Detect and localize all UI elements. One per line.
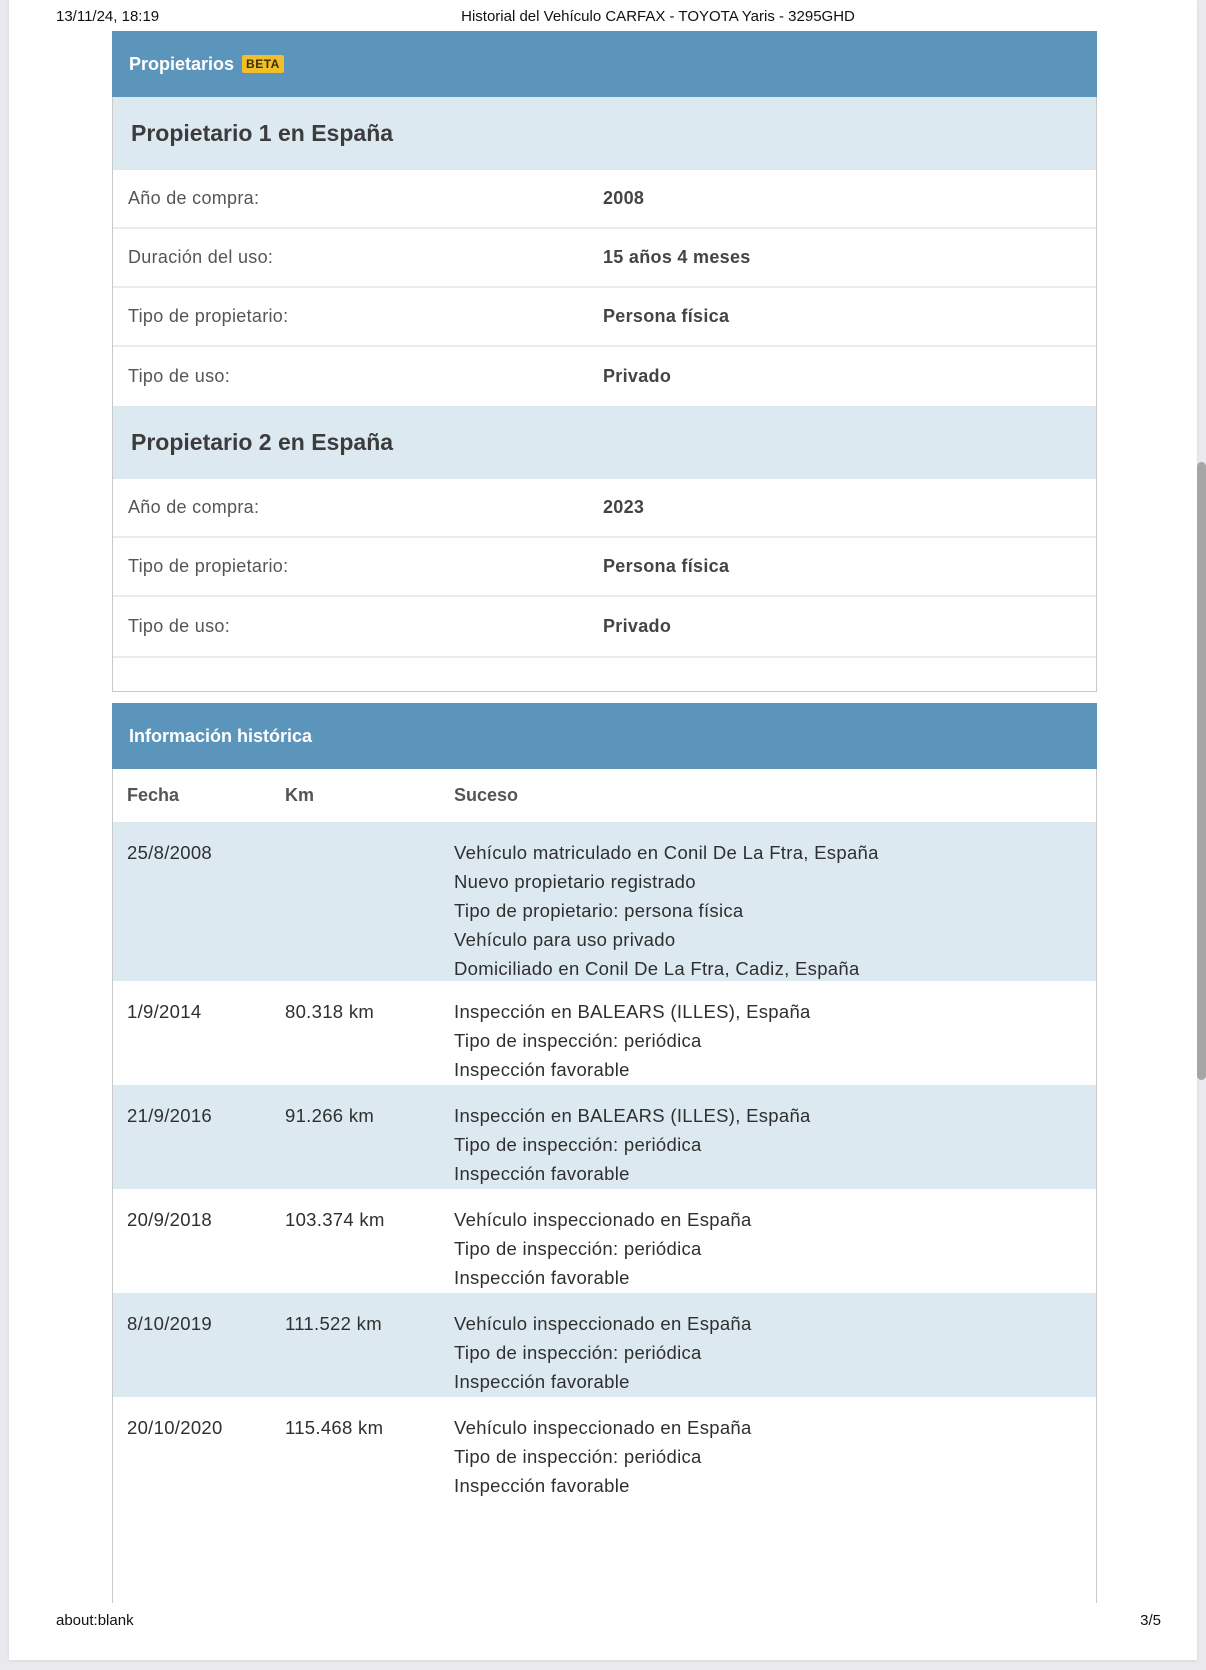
history-event-line: Inspección favorable	[454, 1367, 1096, 1396]
column-header-event: Suceso	[454, 785, 1096, 806]
history-section-title: Información histórica	[129, 726, 312, 747]
owner-block-2: Propietario 2 en España Año de compra: 2…	[113, 406, 1096, 686]
row-value: Persona física	[603, 306, 729, 327]
history-km: 111.522 km	[285, 1309, 454, 1338]
history-event-line: Domiciliado en Conil De La Ftra, Cadiz, …	[454, 954, 1096, 983]
row-label: Año de compra:	[113, 188, 603, 209]
row-value: Privado	[603, 616, 671, 637]
print-document-title: Historial del Vehículo CARFAX - TOYOTA Y…	[9, 8, 1197, 25]
history-date: 20/9/2018	[113, 1205, 285, 1234]
history-row: 1/9/201480.318 kmInspección en BALEARS (…	[113, 981, 1096, 1085]
history-event-line: Inspección en BALEARS (ILLES), España	[454, 997, 1096, 1026]
row-label: Tipo de propietario:	[113, 306, 603, 327]
history-event-line: Inspección favorable	[454, 1263, 1096, 1292]
owner-title: Propietario 1 en España	[113, 97, 1096, 170]
print-page-number: 3/5	[1140, 1612, 1161, 1629]
row-value: 2023	[603, 497, 644, 518]
history-date: 25/8/2008	[113, 838, 285, 867]
history-event-line: Tipo de inspección: periódica	[454, 1026, 1096, 1055]
owner-row-owner-type: Tipo de propietario: Persona física	[113, 538, 1096, 597]
history-date: 1/9/2014	[113, 997, 285, 1026]
history-km: 115.468 km	[285, 1413, 454, 1442]
history-event-line: Nuevo propietario registrado	[454, 867, 1096, 896]
row-label: Año de compra:	[113, 497, 603, 518]
owner-row-usage-type: Tipo de uso: Privado	[113, 347, 1096, 406]
owner-row-usage-type: Tipo de uso: Privado	[113, 597, 1096, 656]
row-value: 15 años 4 meses	[603, 247, 751, 268]
history-events: Inspección en BALEARS (ILLES), EspañaTip…	[454, 997, 1096, 1084]
owner-row-purchase-year: Año de compra: 2008	[113, 170, 1096, 229]
owner-row-usage-duration: Duración del uso: 15 años 4 meses	[113, 229, 1096, 288]
history-card: Información histórica Fecha Km Suceso 25…	[112, 703, 1097, 1603]
row-label: Tipo de uso:	[113, 366, 603, 387]
history-row: 20/10/2020115.468 kmVehículo inspecciona…	[113, 1397, 1096, 1537]
history-event-line: Tipo de inspección: periódica	[454, 1442, 1096, 1471]
row-label: Tipo de propietario:	[113, 556, 603, 577]
history-event-line: Tipo de inspección: periódica	[454, 1234, 1096, 1263]
history-events: Vehículo inspeccionado en EspañaTipo de …	[454, 1205, 1096, 1292]
history-row: 21/9/201691.266 kmInspección en BALEARS …	[113, 1085, 1096, 1189]
history-event-line: Vehículo inspeccionado en España	[454, 1309, 1096, 1338]
history-section-header: Información histórica	[112, 703, 1097, 769]
owner-block-1: Propietario 1 en España Año de compra: 2…	[113, 97, 1096, 406]
row-value: Persona física	[603, 556, 729, 577]
owners-section-title: Propietarios	[129, 54, 234, 75]
owner-title: Propietario 2 en España	[113, 406, 1096, 479]
history-date: 21/9/2016	[113, 1101, 285, 1130]
history-row: 8/10/2019111.522 kmVehículo inspeccionad…	[113, 1293, 1096, 1397]
history-row: 25/8/2008Vehículo matriculado en Conil D…	[113, 822, 1096, 981]
history-events: Vehículo inspeccionado en EspañaTipo de …	[454, 1309, 1096, 1396]
print-url: about:blank	[56, 1612, 134, 1629]
history-date: 8/10/2019	[113, 1309, 285, 1338]
history-event-line: Tipo de propietario: persona física	[454, 896, 1096, 925]
history-event-line: Inspección favorable	[454, 1471, 1096, 1500]
history-event-line: Vehículo inspeccionado en España	[454, 1205, 1096, 1234]
row-value: Privado	[603, 366, 671, 387]
row-label: Tipo de uso:	[113, 616, 603, 637]
history-date: 20/10/2020	[113, 1413, 285, 1442]
row-value: 2008	[603, 188, 644, 209]
history-table-header: Fecha Km Suceso	[113, 769, 1096, 822]
row-label: Duración del uso:	[113, 247, 603, 268]
history-events: Vehículo matriculado en Conil De La Ftra…	[454, 838, 1096, 983]
owners-card: Propietarios BETA Propietario 1 en Españ…	[112, 31, 1097, 692]
history-event-line: Tipo de inspección: periódica	[454, 1130, 1096, 1159]
history-event-line: Inspección favorable	[454, 1159, 1096, 1188]
history-row: 20/9/2018103.374 kmVehículo inspeccionad…	[113, 1189, 1096, 1293]
history-km: 80.318 km	[285, 997, 454, 1026]
history-events: Inspección en BALEARS (ILLES), EspañaTip…	[454, 1101, 1096, 1188]
owner-row-owner-type: Tipo de propietario: Persona física	[113, 288, 1096, 347]
column-header-date: Fecha	[113, 785, 285, 806]
history-events: Vehículo inspeccionado en EspañaTipo de …	[454, 1413, 1096, 1500]
history-table-body: 25/8/2008Vehículo matriculado en Conil D…	[113, 822, 1096, 1537]
history-km: 91.266 km	[285, 1101, 454, 1130]
card-bottom-spacer	[113, 656, 1096, 686]
owner-row-purchase-year: Año de compra: 2023	[113, 479, 1096, 538]
history-km: 103.374 km	[285, 1205, 454, 1234]
history-event-line: Inspección favorable	[454, 1055, 1096, 1084]
beta-badge: BETA	[242, 55, 284, 73]
print-page-sheet: 13/11/24, 18:19 Historial del Vehículo C…	[9, 0, 1197, 1660]
owners-section-header: Propietarios BETA	[112, 31, 1097, 97]
history-event-line: Vehículo para uso privado	[454, 925, 1096, 954]
history-event-line: Vehículo inspeccionado en España	[454, 1413, 1096, 1442]
vertical-scrollbar-thumb[interactable]	[1197, 462, 1206, 1080]
history-event-line: Inspección en BALEARS (ILLES), España	[454, 1101, 1096, 1130]
history-event-line: Tipo de inspección: periódica	[454, 1338, 1096, 1367]
history-event-line: Vehículo matriculado en Conil De La Ftra…	[454, 838, 1096, 867]
column-header-km: Km	[285, 785, 454, 806]
